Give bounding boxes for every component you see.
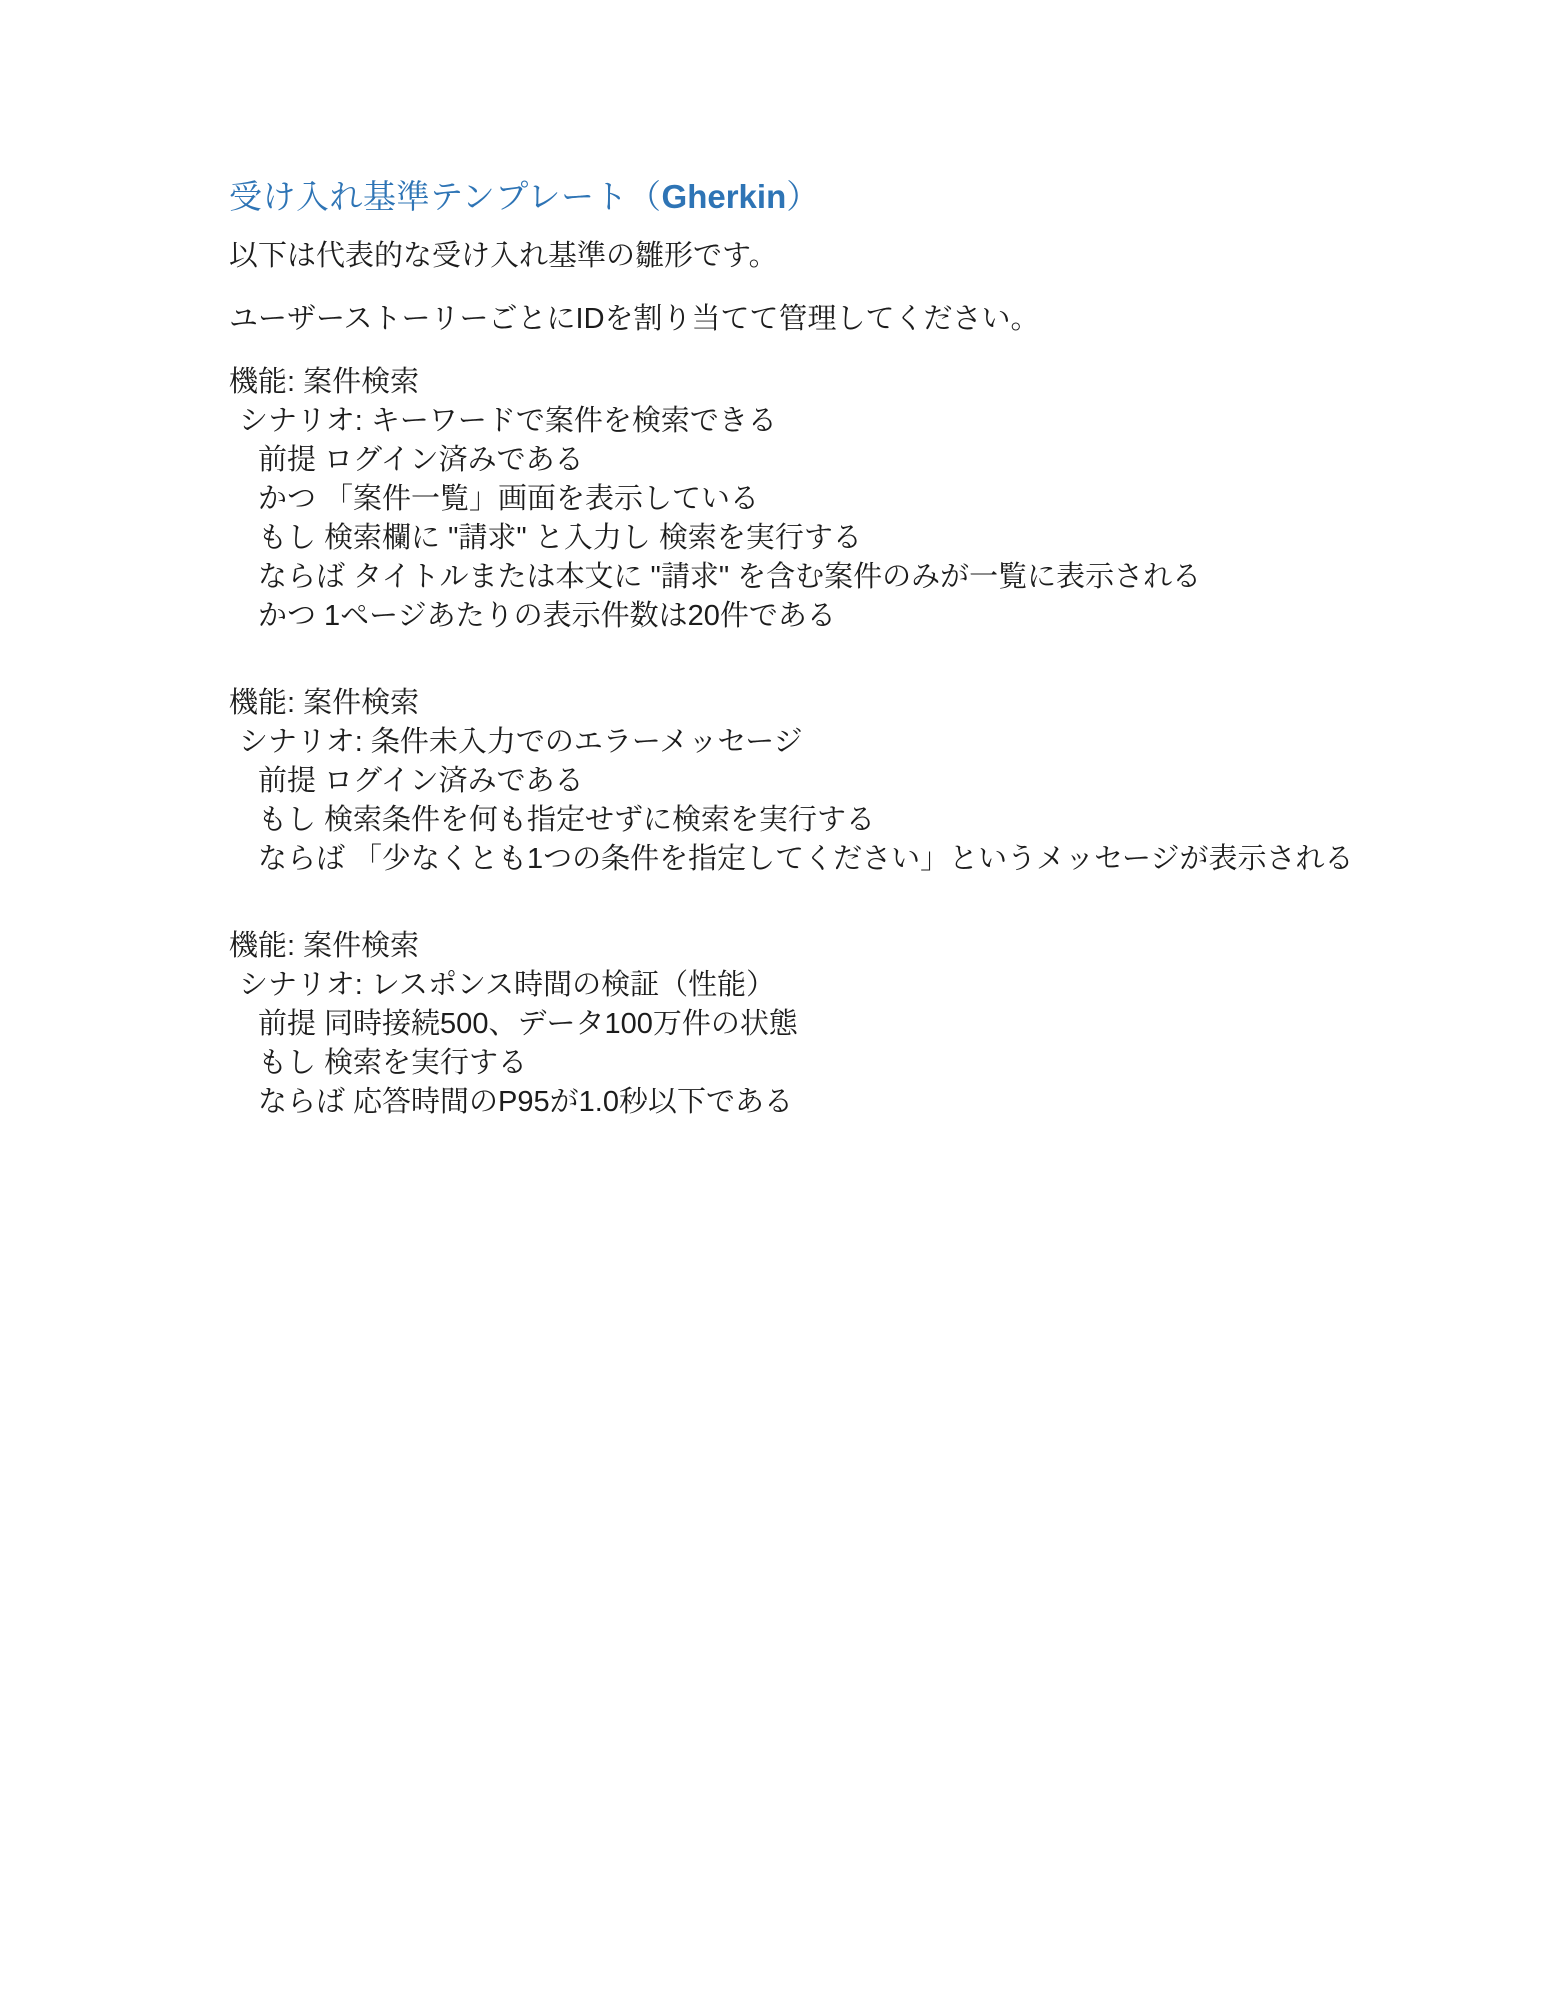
- gherkin-step-line: もし 検索を実行する: [229, 1044, 1365, 1083]
- gherkin-step-line: 前提 ログイン済みである: [229, 762, 1365, 801]
- gherkin-step-line: かつ 「案件一覧」画面を表示している: [229, 480, 1365, 519]
- gherkin-block-2: 機能: 案件検索 シナリオ: 条件未入力でのエラーメッセージ 前提 ログイン済み…: [229, 684, 1365, 879]
- gherkin-feature-line: 機能: 案件検索: [229, 363, 1365, 402]
- gherkin-scenario-line: シナリオ: レスポンス時間の検証（性能）: [229, 966, 1365, 1005]
- gherkin-step-line: 前提 同時接続500、データ100万件の状態: [229, 1005, 1365, 1044]
- gherkin-step-line: もし 検索条件を何も指定せずに検索を実行する: [229, 801, 1365, 840]
- document-page: 受け入れ基準テンプレート（Gherkin） 以下は代表的な受け入れ基準の雛形です…: [0, 0, 1545, 2000]
- page-title-japanese: 受け入れ基準テンプレート（: [229, 178, 662, 215]
- gherkin-step-line: かつ 1ページあたりの表示件数は20件である: [229, 597, 1365, 636]
- gherkin-scenario-line: シナリオ: 条件未入力でのエラーメッセージ: [229, 723, 1365, 762]
- page-title: 受け入れ基準テンプレート（Gherkin）: [229, 176, 1365, 219]
- gherkin-step-line: 前提 ログイン済みである: [229, 441, 1365, 480]
- intro-paragraph-1: 以下は代表的な受け入れ基準の雛形です。: [229, 237, 1365, 275]
- gherkin-feature-line: 機能: 案件検索: [229, 684, 1365, 723]
- gherkin-step-line: もし 検索欄に "請求" と入力し 検索を実行する: [229, 519, 1365, 558]
- gherkin-step-line: ならば タイトルまたは本文に "請求" を含む案件のみが一覧に表示される: [229, 558, 1365, 597]
- gherkin-block-3: 機能: 案件検索 シナリオ: レスポンス時間の検証（性能） 前提 同時接続500…: [229, 927, 1365, 1122]
- page-title-paren-close: ）: [786, 178, 820, 215]
- document-content: 受け入れ基準テンプレート（Gherkin） 以下は代表的な受け入れ基準の雛形です…: [0, 0, 1545, 1122]
- gherkin-feature-line: 機能: 案件検索: [229, 927, 1365, 966]
- gherkin-block-1: 機能: 案件検索 シナリオ: キーワードで案件を検索できる 前提 ログイン済みで…: [229, 363, 1365, 636]
- gherkin-scenario-line: シナリオ: キーワードで案件を検索できる: [229, 402, 1365, 441]
- gherkin-step-line: ならば 「少なくとも1つの条件を指定してください」というメッセージが表示される: [229, 840, 1365, 879]
- intro-paragraph-2: ユーザーストーリーごとにIDを割り当てて管理してください。: [229, 300, 1365, 338]
- page-title-latin: Gherkin: [662, 178, 787, 215]
- gherkin-step-line: ならば 応答時間のP95が1.0秒以下である: [229, 1083, 1365, 1122]
